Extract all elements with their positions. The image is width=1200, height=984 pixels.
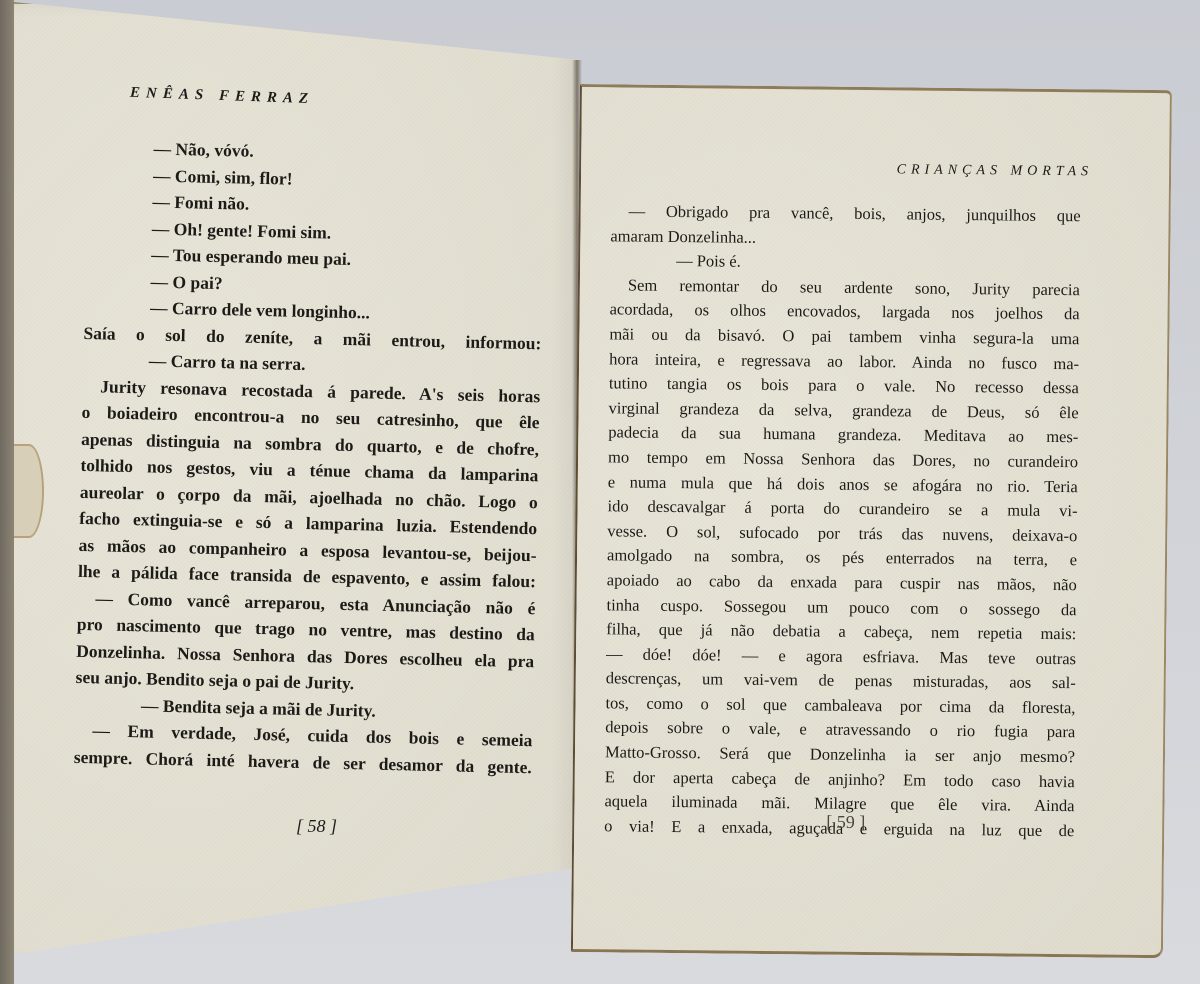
running-head-title: Crianças Mortas xyxy=(897,162,1094,180)
left-page-body: — Não, vóvó. — Comi, sim, flor! — Fomi n… xyxy=(74,134,546,780)
running-head-author: Enêas Ferraz xyxy=(130,85,315,108)
left-page: Enêas Ferraz — Não, vóvó. — Comi, sim, f… xyxy=(14,2,577,964)
right-page-body: — Obrigado pra vancê, bois, anjos, junqu… xyxy=(604,199,1081,843)
page-number-left: [ 58 ] xyxy=(296,816,337,837)
right-page: Crianças Mortas — Obrigado pra vancê, bo… xyxy=(571,84,1172,958)
open-book-photo: Enêas Ferraz — Não, vóvó. — Comi, sim, f… xyxy=(0,0,1200,984)
page-number-right: [ 59 ] xyxy=(826,812,865,833)
page-curl-stain xyxy=(14,444,44,538)
book-cover-edge xyxy=(0,0,14,984)
